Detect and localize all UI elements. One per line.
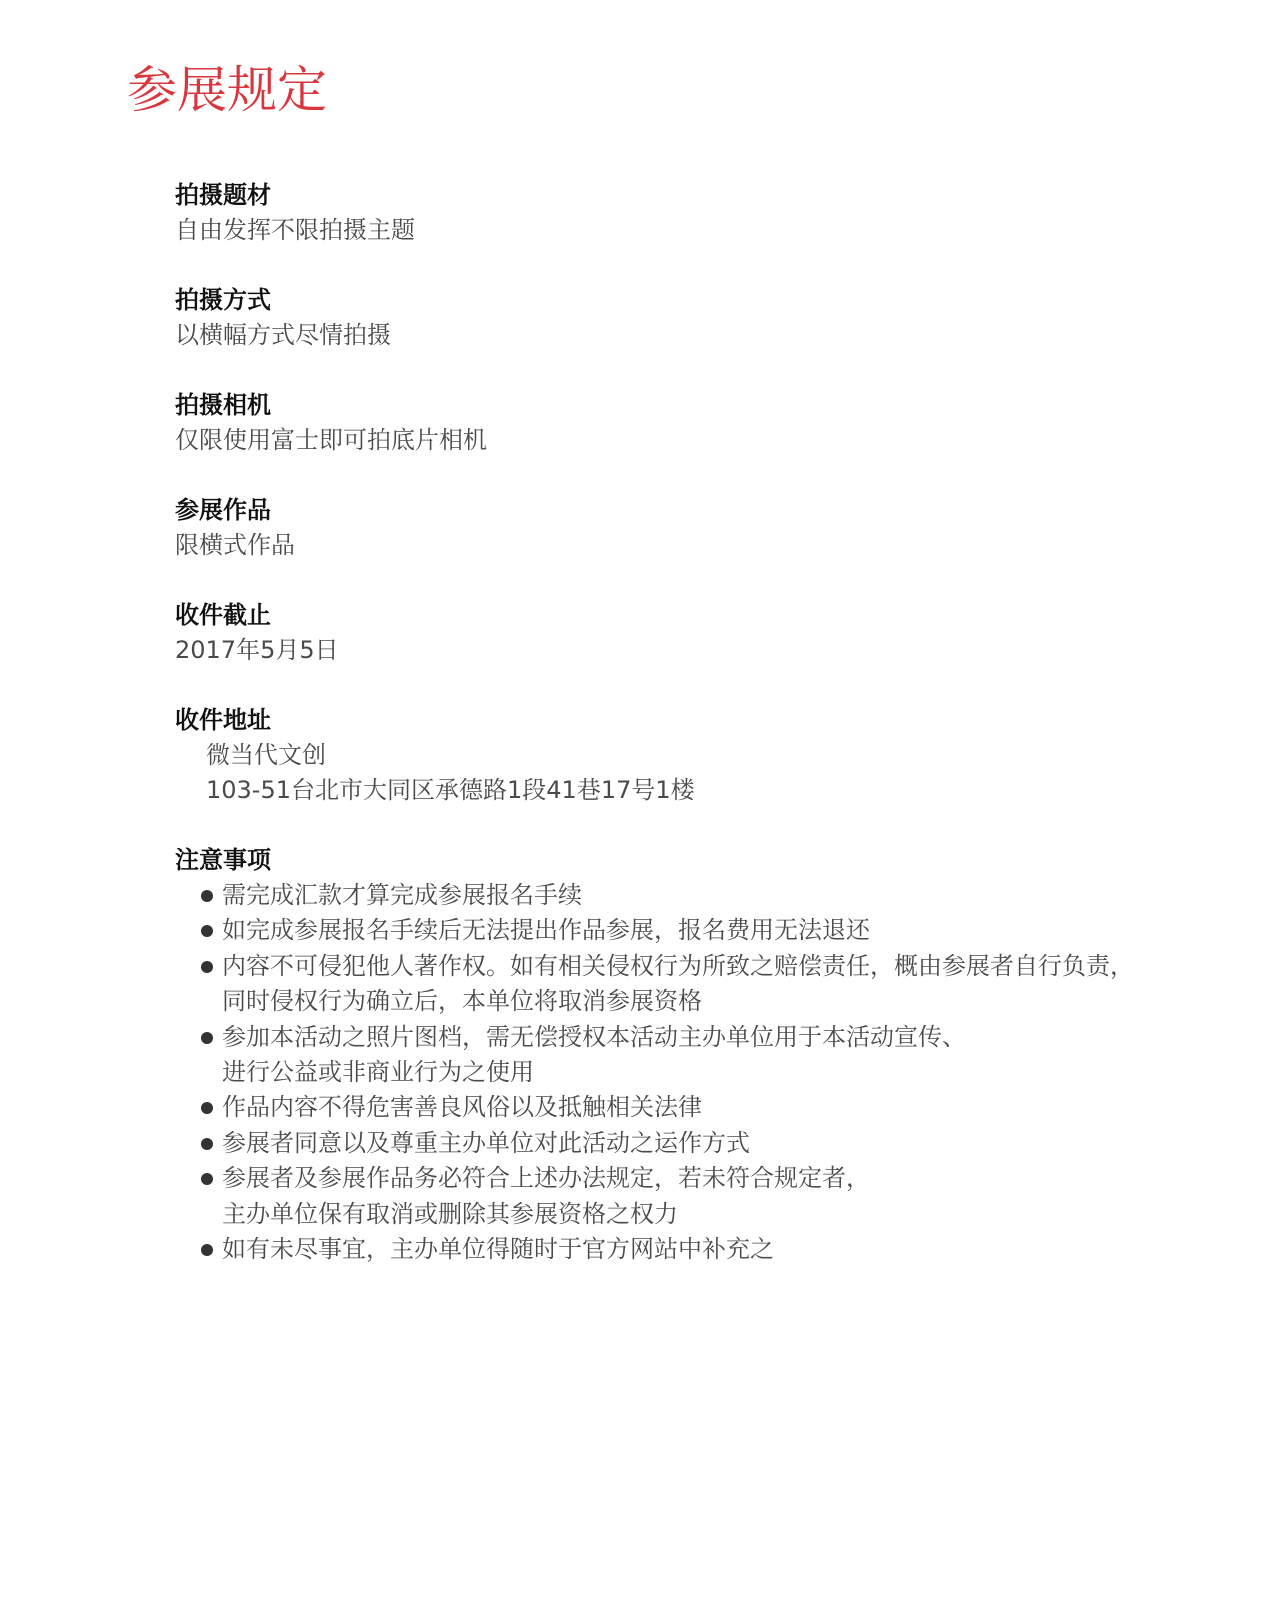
list-item: 参加本活动之照片图档，需无偿授权本活动主办单位用于本活动宣传、 进行公益或非商业… <box>201 1020 1175 1091</box>
bullet-dot-icon <box>201 1173 213 1185</box>
section-heading: 收件地址 <box>175 703 1175 738</box>
note-text: 需完成汇款才算完成参展报名手续 <box>222 878 1175 913</box>
section-subject: 拍摄题材 自由发挥不限拍摄主题 <box>175 178 1175 248</box>
address-street: 103-51台北市大同区承德路1段41巷17号1楼 <box>206 773 1175 808</box>
page-title: 参展规定 <box>127 58 327 122</box>
bullet-dot-icon <box>201 890 213 902</box>
list-item: 参展者同意以及尊重主办单位对此活动之运作方式 <box>201 1126 1175 1161</box>
bullet-dot-icon <box>201 925 213 937</box>
bullet-dot-icon <box>201 1138 213 1150</box>
section-camera: 拍摄相机 仅限使用富士即可拍底片相机 <box>175 388 1175 458</box>
section-heading: 拍摄相机 <box>175 388 1175 423</box>
note-text: 参展者及参展作品务必符合上述办法规定，若未符合规定者， <box>222 1161 1175 1196</box>
list-item: 作品内容不得危害善良风俗以及抵触相关法律 <box>201 1090 1175 1125</box>
section-heading: 收件截止 <box>175 598 1175 633</box>
note-text-continued: 同时侵权行为确立后，本单位将取消参展资格 <box>222 984 1175 1019</box>
section-value: 限横式作品 <box>175 528 1175 563</box>
note-text: 如完成参展报名手续后无法提出作品参展，报名费用无法退还 <box>222 913 1175 948</box>
list-item: 如完成参展报名手续后无法提出作品参展，报名费用无法退还 <box>201 913 1175 948</box>
note-text: 参加本活动之照片图档，需无偿授权本活动主办单位用于本活动宣传、 <box>222 1020 1175 1055</box>
section-address: 收件地址 微当代文创 103-51台北市大同区承德路1段41巷17号1楼 <box>175 703 1175 808</box>
section-value: 自由发挥不限拍摄主题 <box>175 213 1175 248</box>
rules-content: 拍摄题材 自由发挥不限拍摄主题 拍摄方式 以横幅方式尽情拍摄 拍摄相机 仅限使用… <box>175 178 1175 1302</box>
section-heading: 参展作品 <box>175 493 1175 528</box>
list-item: 需完成汇款才算完成参展报名手续 <box>201 878 1175 913</box>
note-text-continued: 进行公益或非商业行为之使用 <box>222 1055 1175 1090</box>
list-item: 内容不可侵犯他人著作权。如有相关侵权行为所致之赔偿责任，概由参展者自行负责， 同… <box>201 949 1175 1020</box>
section-method: 拍摄方式 以横幅方式尽情拍摄 <box>175 283 1175 353</box>
bullet-dot-icon <box>201 1244 213 1256</box>
section-heading: 拍摄题材 <box>175 178 1175 213</box>
address-recipient: 微当代文创 <box>206 738 1175 773</box>
note-text: 作品内容不得危害善良风俗以及抵触相关法律 <box>222 1090 1175 1125</box>
bullet-dot-icon <box>201 961 213 973</box>
section-heading: 拍摄方式 <box>175 283 1175 318</box>
section-notes: 注意事项 需完成汇款才算完成参展报名手续 如完成参展报名手续后无法提出作品参展，… <box>175 843 1175 1267</box>
note-text: 参展者同意以及尊重主办单位对此活动之运作方式 <box>222 1126 1175 1161</box>
list-item: 如有未尽事宜，主办单位得随时于官方网站中补充之 <box>201 1232 1175 1267</box>
bullet-dot-icon <box>201 1102 213 1114</box>
section-deadline: 收件截止 2017年5月5日 <box>175 598 1175 668</box>
section-heading: 注意事项 <box>175 843 1175 878</box>
section-value: 2017年5月5日 <box>175 633 1175 668</box>
note-text: 如有未尽事宜，主办单位得随时于官方网站中补充之 <box>222 1232 1175 1267</box>
section-works: 参展作品 限横式作品 <box>175 493 1175 563</box>
section-value: 仅限使用富士即可拍底片相机 <box>175 423 1175 458</box>
notes-list: 需完成汇款才算完成参展报名手续 如完成参展报名手续后无法提出作品参展，报名费用无… <box>175 878 1175 1267</box>
section-value: 以横幅方式尽情拍摄 <box>175 318 1175 353</box>
bullet-dot-icon <box>201 1032 213 1044</box>
mailing-address: 微当代文创 103-51台北市大同区承德路1段41巷17号1楼 <box>175 738 1175 808</box>
note-text: 内容不可侵犯他人著作权。如有相关侵权行为所致之赔偿责任，概由参展者自行负责， <box>222 949 1175 984</box>
note-text-continued: 主办单位保有取消或删除其参展资格之权力 <box>222 1197 1175 1232</box>
list-item: 参展者及参展作品务必符合上述办法规定，若未符合规定者， 主办单位保有取消或删除其… <box>201 1161 1175 1232</box>
